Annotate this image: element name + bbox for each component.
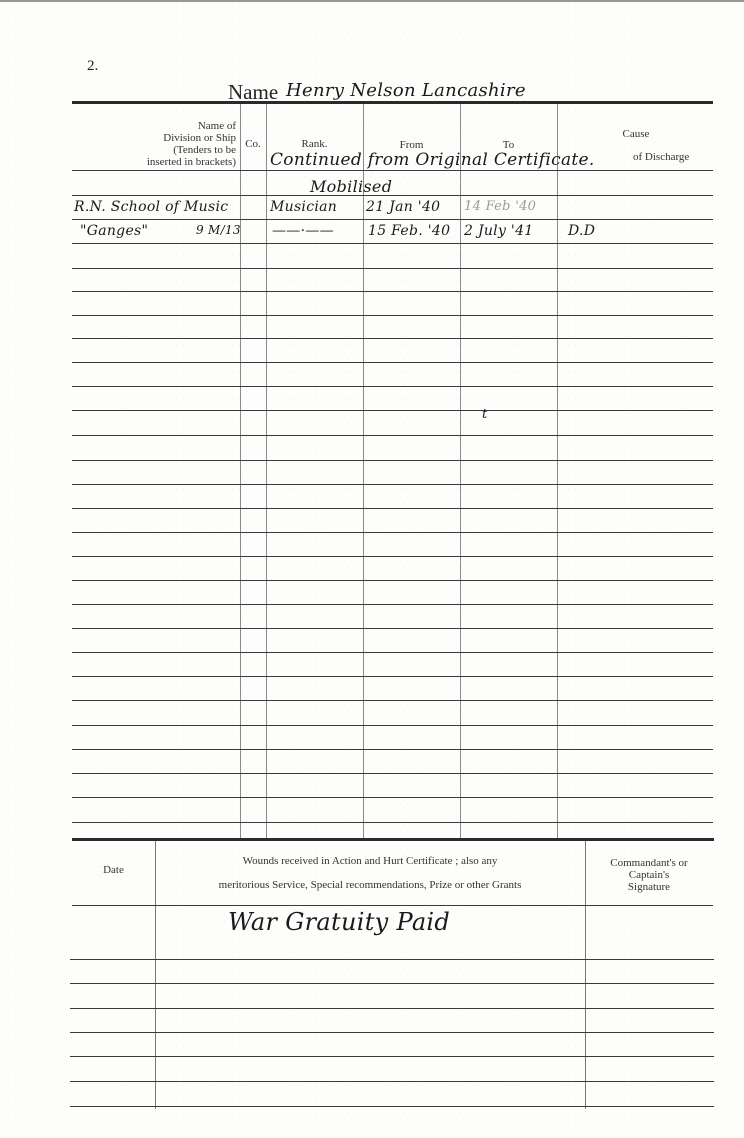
awards-row-rule: [70, 1032, 714, 1033]
row-rule: [72, 219, 713, 220]
row-rule: [72, 484, 713, 485]
row-rule: [72, 386, 713, 387]
stray-mark: t: [482, 407, 488, 422]
page-number: 2.: [87, 58, 98, 75]
row1-to: 14 Feb '40: [464, 199, 536, 214]
row-rule: [72, 676, 713, 677]
row1-from: 21 Jan '40: [366, 199, 440, 215]
row-rule: [72, 410, 713, 411]
awards-row-rule: [70, 959, 714, 960]
signature-header-line: Commandant's or: [585, 857, 713, 869]
row1-rank: Musician: [270, 199, 337, 215]
row-rule: [72, 460, 713, 461]
header-rank: Rank.: [266, 138, 363, 150]
header-division-line: Division or Ship: [110, 132, 236, 144]
row-rule: [72, 362, 713, 363]
service-table-bottom-rule: [72, 838, 714, 841]
row-rule: [72, 628, 713, 629]
row-rule: [72, 580, 713, 581]
mobilised-note: Mobilised: [310, 177, 392, 196]
header-division: Name of Division or Ship (Tenders to be …: [110, 120, 236, 168]
awards-header-wounds-2: meritorious Service, Special recommendat…: [155, 879, 585, 891]
awards-row-rule: [70, 1081, 714, 1082]
awards-row-rule: [70, 1106, 714, 1107]
header-cause: Cause: [600, 128, 672, 140]
awards-header-wounds-1: Wounds received in Action and Hurt Certi…: [155, 855, 585, 867]
row2-division: "Ganges": [80, 223, 148, 239]
header-co: Co.: [240, 138, 266, 150]
row1-division: R.N. School of Music: [74, 199, 228, 215]
column-divider: [266, 104, 267, 838]
awards-entry: War Gratuity Paid: [228, 908, 450, 936]
header-discharge: of Discharge: [633, 151, 689, 163]
row-rule: [72, 268, 713, 269]
row-rule: [72, 556, 713, 557]
row-rule: [72, 822, 713, 823]
row-rule: [72, 532, 713, 533]
awards-row-rule: [70, 1008, 714, 1009]
row-rule: [72, 725, 713, 726]
column-divider: [363, 104, 364, 838]
name-value: Henry Nelson Lancashire: [286, 80, 526, 101]
row-rule: [72, 749, 713, 750]
row-rule: [72, 315, 713, 316]
row-rule: [72, 291, 713, 292]
row2-co: 9 M/13: [196, 223, 241, 237]
service-table-top-rule: [72, 101, 713, 104]
row-rule: [72, 700, 713, 701]
row2-from: 15 Feb. '40: [368, 223, 450, 239]
awards-header-date: Date: [72, 864, 155, 876]
header-division-line: (Tenders to be: [110, 144, 236, 156]
continued-note: Continued from Original Certificate.: [270, 150, 595, 170]
row-rule: [72, 195, 713, 196]
awards-header-rule: [72, 905, 713, 906]
row-rule: [72, 435, 713, 436]
scan-edge: [0, 0, 744, 2]
column-divider: [557, 104, 558, 838]
signature-header-line: Signature: [585, 881, 713, 893]
column-divider: [240, 104, 241, 838]
awards-header-signature: Commandant's or Captain's Signature: [585, 857, 713, 893]
row-rule: [72, 338, 713, 339]
awards-row-rule: [70, 983, 714, 984]
row-rule: [72, 604, 713, 605]
row2-cause: D.D: [568, 223, 595, 239]
row-rule: [72, 652, 713, 653]
row2-rank: ——·——: [272, 223, 334, 239]
row2-to: 2 July '41: [464, 223, 534, 239]
row-rule: [72, 797, 713, 798]
header-rule: [72, 170, 713, 171]
row-rule: [72, 243, 713, 244]
header-division-line: Name of: [110, 120, 236, 132]
row-rule: [72, 508, 713, 509]
signature-header-line: Captain's: [585, 869, 713, 881]
awards-row-rule: [70, 1056, 714, 1057]
header-division-line: inserted in brackets): [110, 156, 236, 168]
row-rule: [72, 773, 713, 774]
column-divider: [460, 104, 461, 838]
